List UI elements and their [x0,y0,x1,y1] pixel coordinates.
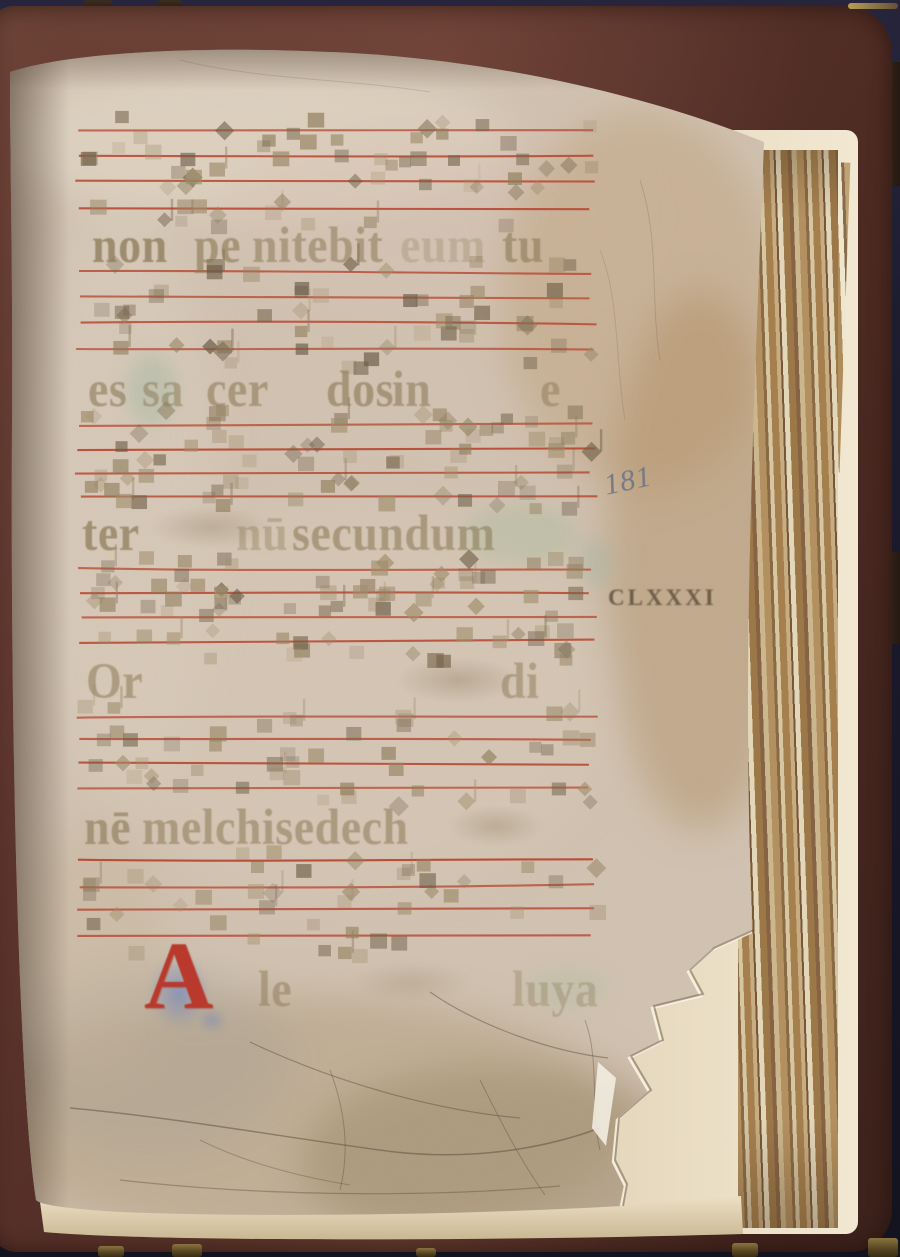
chant-syllable: es [88,360,127,418]
parchment-page [0,0,900,1257]
chant-syllable: le [258,960,292,1018]
chant-syllable: in [392,360,431,418]
faded-text-smudge [398,658,518,702]
chant-syllable: tu [502,216,544,274]
chant-syllable: Or [86,652,143,710]
chant-syllable: melchisedech [142,798,409,856]
manuscript-photo: nonpenitebiteumtuessacerdosineternūsecun… [0,0,900,1257]
faded-text-smudge [352,962,472,1002]
chant-syllable: non [92,216,168,274]
chant-syllable: cer [206,360,269,418]
chant-syllable: dos [326,360,394,418]
chant-syllable: ter [82,504,140,562]
faded-text-smudge [150,506,270,548]
chant-syllable: nitebit [252,216,383,274]
chant-syllable: nē [84,798,131,856]
chant-syllable: sa [142,360,184,418]
chant-syllable: luya [512,960,598,1018]
chant-syllable: eum [400,216,486,274]
chant-syllable: secundum [292,504,495,562]
faded-text-smudge [448,806,543,846]
chant-syllable: pe [194,216,241,274]
chant-initial: A [144,933,213,1019]
chant-syllable: e [540,360,561,418]
roman-folio-number: CLXXXI [608,585,717,611]
parchment-grain [0,0,900,1257]
